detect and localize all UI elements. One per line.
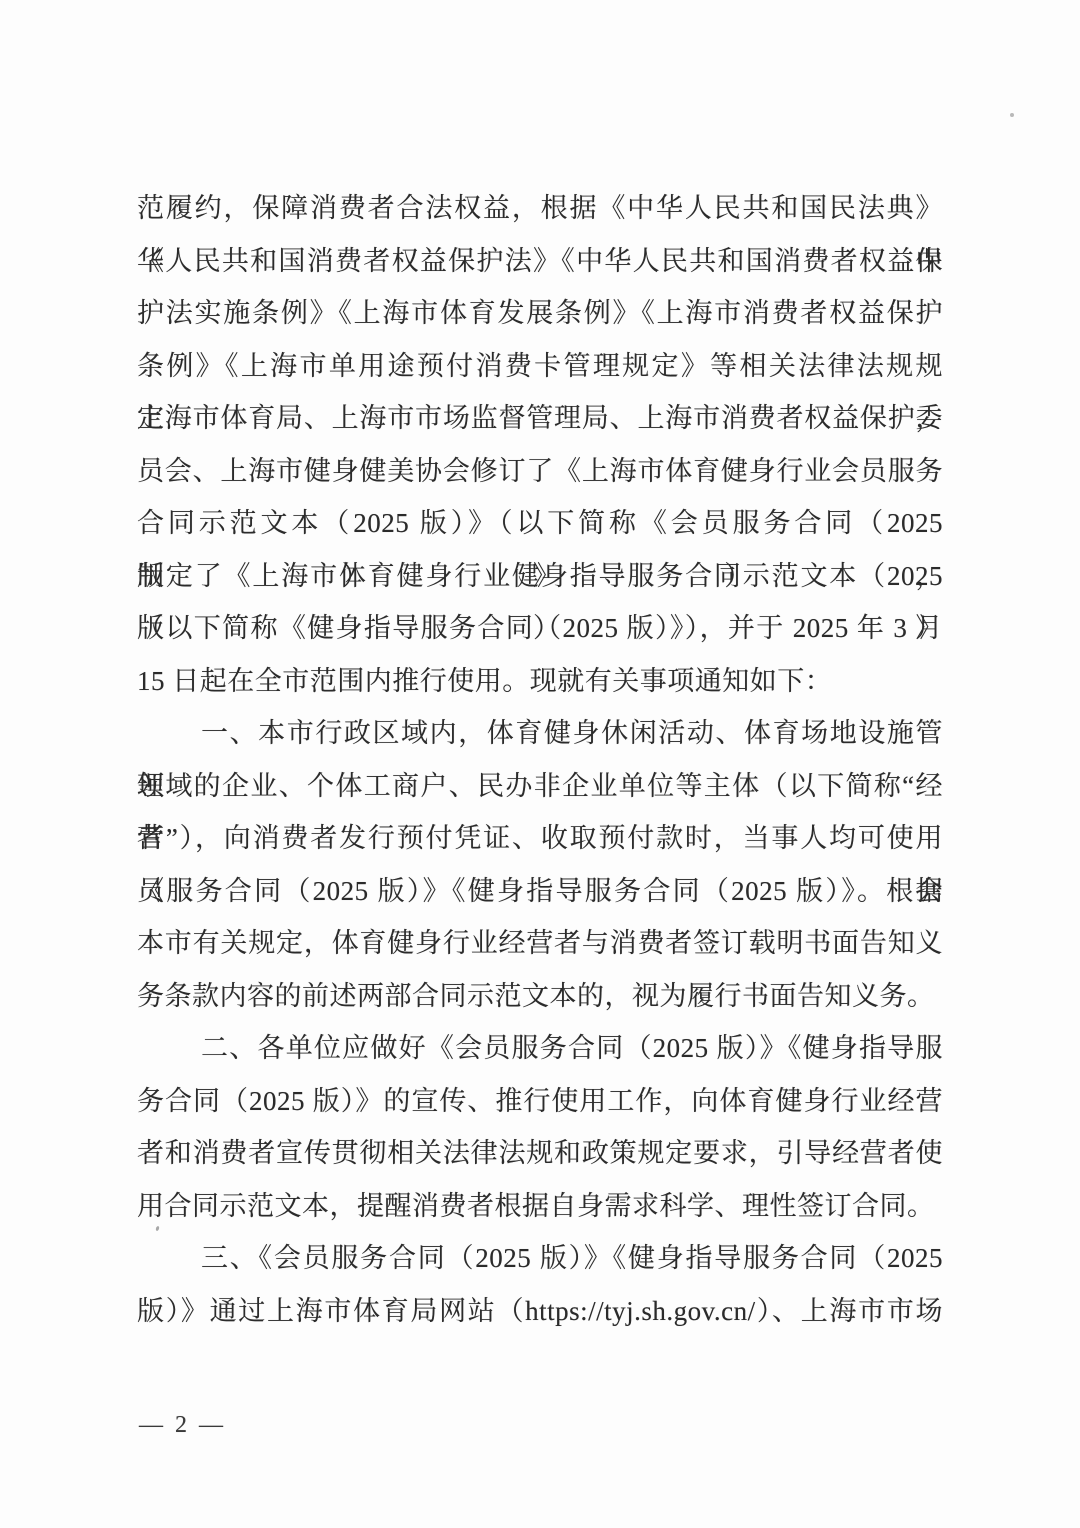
document-line: 员会、上海市健身健美协会修订了《上海市体育健身行业会员服务	[137, 445, 943, 498]
scan-speck	[1010, 113, 1014, 117]
document-line: 上海市体育局、上海市市场监督管理局、上海市消费者权益保护委	[137, 392, 943, 445]
page-number: — 2 —	[139, 1412, 226, 1439]
document-line: 务合同（2025 版）》的宣传、推行使用工作，向体育健身行业经营	[137, 1075, 943, 1128]
document-line: 三、《会员服务合同（2025 版）》《健身指导服务合同（2025	[137, 1232, 943, 1285]
document-line: 二、各单位应做好《会员服务合同（2025 版）》《健身指导服	[137, 1022, 943, 1075]
document-line: 者”），向消费者发行预付凭证、收取预付款时，当事人均可使用《会	[137, 812, 943, 865]
document-line: 务条款内容的前述两部合同示范文本的，视为履行书面告知义务。	[137, 970, 943, 1023]
document-line: 领域的企业、个体工商户、民办非企业单位等主体（以下简称“经营	[137, 760, 943, 813]
document-line: 用合同示范文本，提醒消费者根据自身需求科学、理性签订合同。	[137, 1180, 943, 1233]
document-page: 范履约，保障消费者合法权益，根据《中华人民共和国民法典》《中 华人民共和国消费者…	[0, 0, 1080, 1528]
document-line: 者和消费者宣传贯彻相关法律法规和政策规定要求，引导经营者使	[137, 1127, 943, 1180]
document-line: 合同示范文本（2025 版）》（以下简称《会员服务合同（2025 版）》），	[137, 497, 943, 550]
document-line: 15 日起在全市范围内推行使用。现就有关事项通知如下：	[137, 655, 943, 708]
document-line: 制定了《上海市体育健身行业健身指导服务合同示范文本（2025 版）》	[137, 550, 943, 603]
document-line: 员服务合同（2025 版）》《健身指导服务合同（2025 版）》。根据	[137, 865, 943, 918]
document-line: 条例》《上海市单用途预付消费卡管理规定》等相关法律法规规定，	[137, 340, 943, 393]
document-line: 范履约，保障消费者合法权益，根据《中华人民共和国民法典》《中	[137, 182, 943, 235]
document-line: 护法实施条例》《上海市体育发展条例》《上海市消费者权益保护	[137, 287, 943, 340]
document-body: 范履约，保障消费者合法权益，根据《中华人民共和国民法典》《中 华人民共和国消费者…	[137, 182, 943, 1337]
document-line: 版）》通过上海市体育局网站（https://tyj.sh.gov.cn/）、上海…	[137, 1285, 943, 1338]
document-line: 一、本市行政区域内，体育健身休闲活动、体育场地设施管理	[137, 707, 943, 760]
document-line: 本市有关规定，体育健身行业经营者与消费者签订载明书面告知义	[137, 917, 943, 970]
document-line: 华人民共和国消费者权益保护法》《中华人民共和国消费者权益保	[137, 235, 943, 288]
document-line: （以下简称《健身指导服务合同（2025 版）》），并于 2025 年 3 月	[137, 602, 943, 655]
